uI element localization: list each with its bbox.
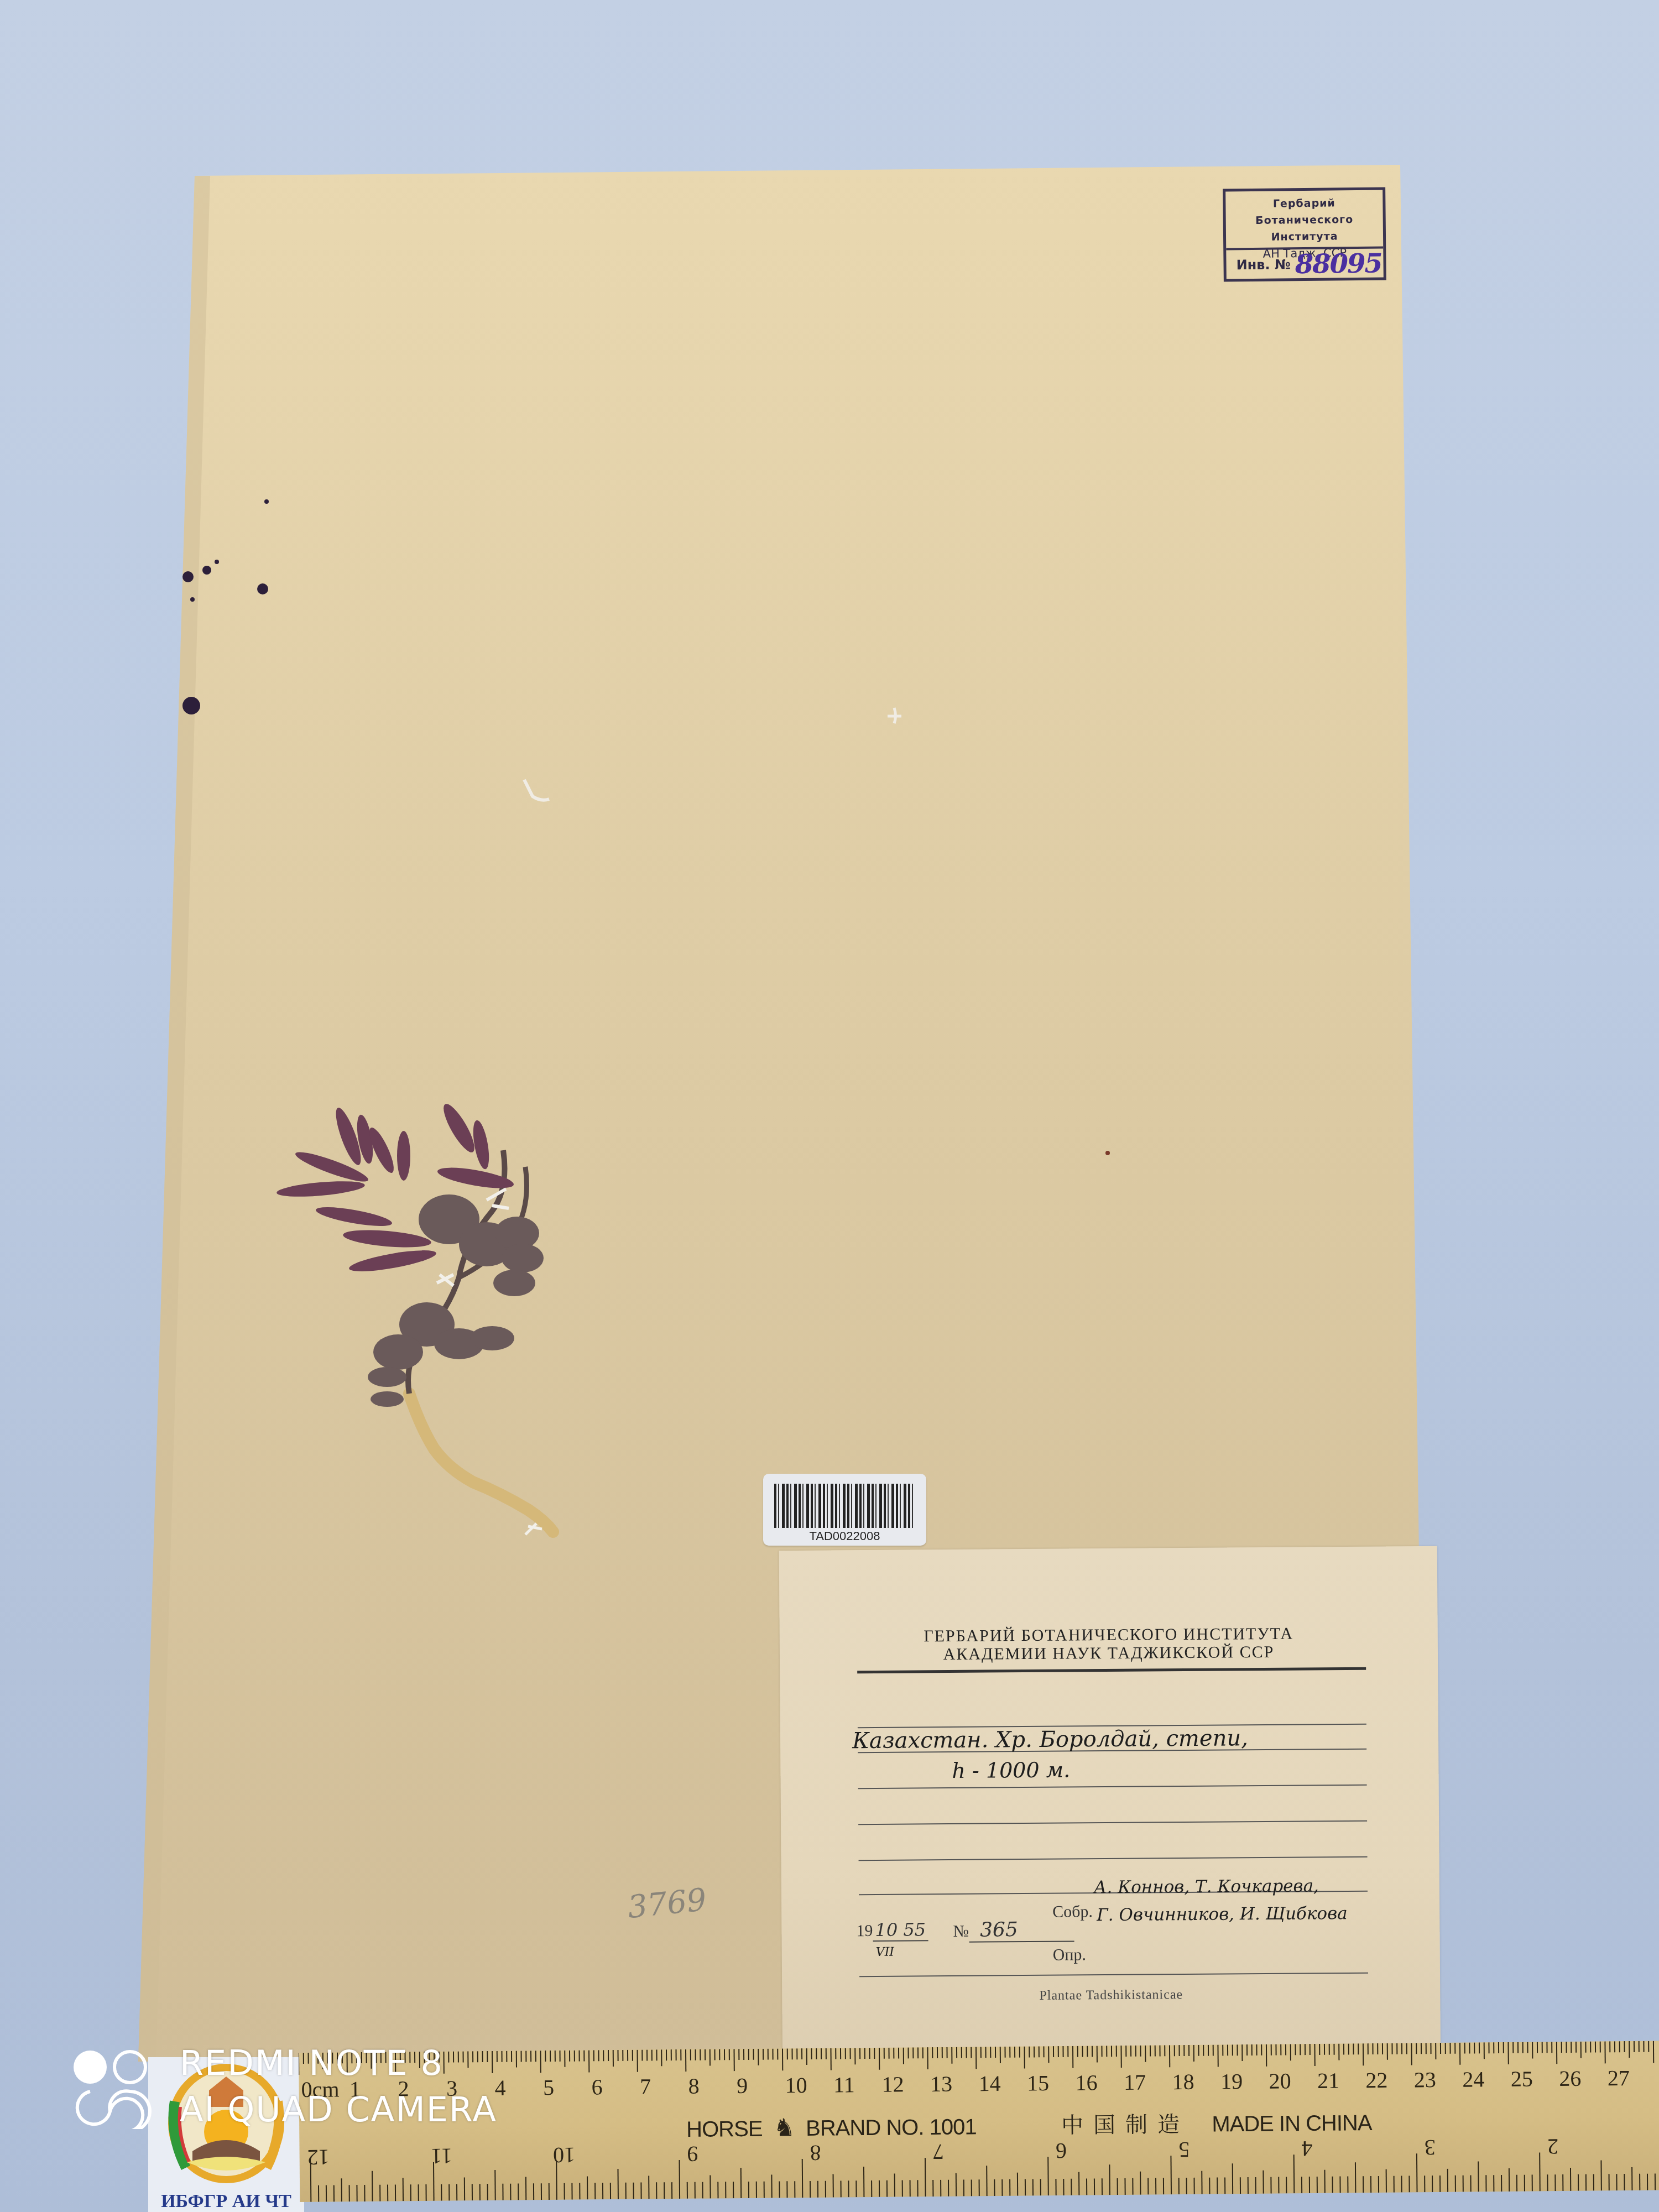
collectors-label: Собр. xyxy=(1052,1902,1093,1922)
svg-text:10: 10 xyxy=(785,2073,807,2098)
svg-text:7: 7 xyxy=(640,2074,651,2099)
svg-text:21: 21 xyxy=(1317,2068,1339,2093)
svg-text:10: 10 xyxy=(553,2143,575,2168)
svg-text:4: 4 xyxy=(1301,2136,1312,2161)
ruler-made-in-cn: 中国制造 xyxy=(1061,2112,1190,2138)
inventory-number: 88095 xyxy=(1295,248,1382,280)
ruled-line xyxy=(858,1820,1367,1825)
svg-text:12: 12 xyxy=(881,2072,904,2096)
ruled-line xyxy=(859,1856,1368,1861)
year-prefix: 19 xyxy=(856,1922,873,1940)
ruler-made-in-en: MADE IN CHINA xyxy=(1212,2111,1372,2137)
emblem-caption: ИБФГР АИ ЧТ xyxy=(148,2191,304,2212)
svg-text:5: 5 xyxy=(1178,2137,1190,2162)
svg-text:6: 6 xyxy=(591,2074,602,2099)
svg-text:16: 16 xyxy=(1075,2070,1097,2095)
svg-text:2: 2 xyxy=(1547,2134,1558,2159)
horse-logo-icon: ♞ xyxy=(773,2114,795,2141)
svg-text:12: 12 xyxy=(307,2145,329,2170)
ruler-brand: HORSE ♞ BRAND NO. 1001 xyxy=(686,2112,977,2143)
svg-text:17: 17 xyxy=(1124,2070,1146,2095)
collection-number: №365 xyxy=(953,1918,1074,1943)
quad-camera-logo-icon xyxy=(69,2046,152,2129)
collectors-line2: Г. Овчинников, И. Щибкова xyxy=(1097,1903,1348,1925)
locality-line1: Казахстан. Хр. Боролдай, степи, xyxy=(852,1725,1248,1754)
svg-text:19: 19 xyxy=(1220,2069,1243,2094)
svg-text:8: 8 xyxy=(688,2074,699,2099)
barcode-bars xyxy=(774,1484,916,1528)
header-rule xyxy=(857,1667,1366,1673)
stamp-line1: Гербарий xyxy=(1225,195,1383,213)
svg-text:9: 9 xyxy=(687,2142,698,2167)
watermark-line1: REDMI NOTE 8 xyxy=(180,2043,444,2083)
svg-text:20: 20 xyxy=(1269,2068,1291,2093)
svg-text:6: 6 xyxy=(1056,2138,1067,2163)
collectors-line1: А. Коннов, Т. Кочкарева, xyxy=(1094,1876,1319,1897)
svg-text:22: 22 xyxy=(1365,2068,1387,2093)
stamp-line2: Ботанического Института xyxy=(1226,211,1384,246)
svg-text:9: 9 xyxy=(737,2073,748,2098)
ruler-made-in: 中国制造 MADE IN CHINA xyxy=(1061,2105,1372,2140)
collection-month: VII xyxy=(876,1945,894,1959)
label-header-line2: АКАДЕМИИ НАУК ТАДЖИКСКОЙ ССР xyxy=(780,1642,1438,1665)
svg-text:18: 18 xyxy=(1172,2069,1194,2094)
svg-text:5: 5 xyxy=(543,2075,554,2100)
svg-text:7: 7 xyxy=(933,2140,944,2164)
svg-text:3: 3 xyxy=(1425,2135,1436,2160)
date-value: 10 55 xyxy=(873,1919,928,1942)
svg-text:27: 27 xyxy=(1608,2065,1630,2090)
label-header: ГЕРБАРИЙ БОТАНИЧЕСКОГО ИНСТИТУТА АКАДЕМИ… xyxy=(780,1624,1438,1665)
ruled-line xyxy=(858,1785,1367,1789)
locality-line2: h - 1000 м. xyxy=(952,1757,1070,1782)
collection-date: 1910 55 xyxy=(856,1919,928,1940)
svg-text:14: 14 xyxy=(978,2071,1000,2096)
barcode-code: TAD0022008 xyxy=(763,1529,926,1543)
svg-text:24: 24 xyxy=(1462,2067,1484,2091)
label-series: Plantae Tadshikistanicae xyxy=(782,1986,1440,2005)
svg-text:8: 8 xyxy=(810,2141,821,2166)
inventory-stamp: Гербарий Ботанического Института АН Тадж… xyxy=(1223,187,1386,281)
svg-text:13: 13 xyxy=(930,2072,952,2096)
measurement-ruler: 0cm1234567891011121314151617181920212223… xyxy=(299,2041,1659,2202)
ruler-brand-right: BRAND NO. 1001 xyxy=(806,2115,977,2141)
inventory-label: Инв. № xyxy=(1236,257,1290,273)
number-value: 365 xyxy=(969,1918,1074,1942)
ruled-line xyxy=(859,1973,1368,1977)
number-label: № xyxy=(953,1922,969,1940)
watermark-line2: AI QUAD CAMERA xyxy=(180,2089,497,2130)
barcode-sticker: TAD0022008 xyxy=(763,1474,926,1546)
svg-text:11: 11 xyxy=(431,2144,452,2169)
svg-text:25: 25 xyxy=(1511,2067,1533,2091)
specimen-label: ГЕРБАРИЙ БОТАНИЧЕСКОГО ИНСТИТУТА АКАДЕМИ… xyxy=(779,1546,1441,2081)
ruler-brand-left: HORSE xyxy=(686,2117,763,2142)
svg-text:26: 26 xyxy=(1559,2066,1581,2091)
svg-text:11: 11 xyxy=(833,2072,855,2097)
svg-text:23: 23 xyxy=(1414,2067,1436,2092)
ruler-scale: 0cm1234567891011121314151617181920212223… xyxy=(299,2041,1659,2202)
svg-text:15: 15 xyxy=(1027,2070,1049,2095)
determiner-label: Опр. xyxy=(1053,1945,1086,1964)
